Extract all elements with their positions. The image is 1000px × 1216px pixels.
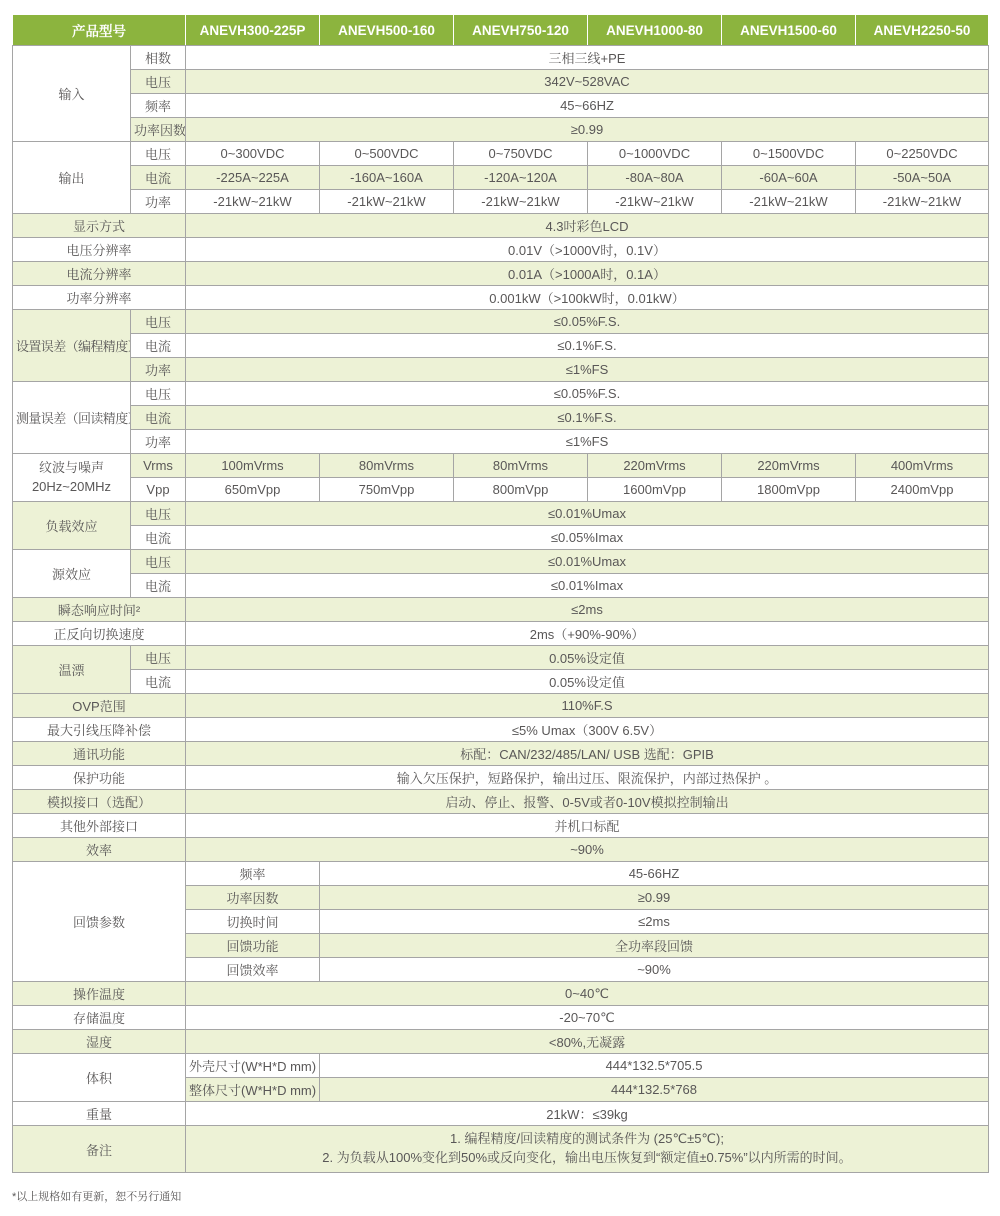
value-output-voltage-4: 0~1500VDC [722,142,856,166]
section-label-output: 输出 [13,142,131,214]
sublabel-input-power-factor: 功率因数 [131,118,186,142]
row-op-temp: 操作温度 0~40℃ [13,982,989,1006]
value-ripple-vpp-3: 1600mVpp [588,478,722,502]
row-output-current: 电流 -225A~225A -160A~160A -120A~120A -80A… [13,166,989,190]
row-input-phases: 输入 相数 三相三线+PE [13,46,989,70]
label-efficiency: 效率 [13,838,186,862]
value-output-power-3: -21kW~21kW [588,190,722,214]
value-weight: 21kW：≤39kg [186,1102,989,1126]
sublabel-ripple-vrms: Vrms [131,454,186,478]
sublabel-input-phases: 相数 [131,46,186,70]
value-display: 4.3吋彩色LCD [186,214,989,238]
row-input-power-factor: 功率因数 ≥0.99 [13,118,989,142]
row-ripple-vpp: Vpp 650mVpp 750mVpp 800mVpp 1600mVpp 180… [13,478,989,502]
product-spec-table: 产品型号 ANEVH300-225P ANEVH500-160 ANEVH750… [12,14,989,1173]
header-model-3: ANEVH1000-80 [588,15,722,46]
section-label-feedback: 回馈参数 [13,862,186,982]
section-label-read-error: 测量误差（回读精度） [13,382,131,454]
value-op-temp: 0~40℃ [186,982,989,1006]
header-row: 产品型号 ANEVH300-225P ANEVH500-160 ANEVH750… [13,15,989,46]
value-output-power-4: -21kW~21kW [722,190,856,214]
row-temp-drift-voltage: 温漂 电压 0.05%设定值 [13,646,989,670]
value-output-power-2: -21kW~21kW [454,190,588,214]
value-input-phases: 三相三线+PE [186,46,989,70]
label-other-interface: 其他外部接口 [13,814,186,838]
row-protection: 保护功能 输入欠压保护，短路保护，输出过压、限流保护，内部过热保护 。 [13,766,989,790]
row-read-error-current: 电流 ≤0.1%F.S. [13,406,989,430]
sublabel-load-effect-current: 电流 [131,526,186,550]
value-input-power-factor: ≥0.99 [186,118,989,142]
label-power-resolution: 功率分辨率 [13,286,186,310]
value-volume-overall: 444*132.5*768 [320,1078,989,1102]
label-protection: 保护功能 [13,766,186,790]
remark-line1: 1. 编程精度/回读精度的测试条件为 (25℃±5℃); [189,1130,985,1149]
sublabel-set-error-power: 功率 [131,358,186,382]
label-weight: 重量 [13,1102,186,1126]
value-current-resolution: 0.01A（>1000A时，0.1A） [186,262,989,286]
value-switch-speed: 2ms（+90%-90%） [186,622,989,646]
sublabel-feedback-switch-time: 切换时间 [186,910,320,934]
label-remark: 备注 [13,1126,186,1173]
value-output-voltage-5: 0~2250VDC [856,142,989,166]
header-model-0: ANEVH300-225P [186,15,320,46]
value-output-power-0: -21kW~21kW [186,190,320,214]
value-feedback-frequency: 45-66HZ [320,862,989,886]
row-temp-drift-current: 电流 0.05%设定值 [13,670,989,694]
value-volume-case: 444*132.5*705.5 [320,1054,989,1078]
value-comm: 标配：CAN/232/485/LAN/ USB 选配：GPIB [186,742,989,766]
row-source-effect-voltage: 源效应 电压 ≤0.01%Umax [13,550,989,574]
row-set-error-current: 电流 ≤0.1%F.S. [13,334,989,358]
value-output-power-5: -21kW~21kW [856,190,989,214]
sublabel-read-error-voltage: 电压 [131,382,186,406]
sublabel-output-voltage: 电压 [131,142,186,166]
row-comm: 通讯功能 标配：CAN/232/485/LAN/ USB 选配：GPIB [13,742,989,766]
row-voltage-resolution: 电压分辨率 0.01V（>1000V时，0.1V） [13,238,989,262]
row-volume-case: 体积 外壳尺寸(W*H*D mm) 444*132.5*705.5 [13,1054,989,1078]
label-comm: 通讯功能 [13,742,186,766]
row-input-voltage: 电压 342V~528VAC [13,70,989,94]
label-lead-drop: 最大引线压降补偿 [13,718,186,742]
label-current-resolution: 电流分辨率 [13,262,186,286]
row-power-resolution: 功率分辨率 0.001kW（>100kW时，0.01kW） [13,286,989,310]
row-ovp: OVP范围 110%F.S [13,694,989,718]
header-model-5: ANEVH2250-50 [856,15,989,46]
value-output-current-3: -80A~80A [588,166,722,190]
value-transient: ≤2ms [186,598,989,622]
section-label-source-effect: 源效应 [13,550,131,598]
row-analog-io: 模拟接口（选配） 启动、停止、报警、0-5V或者0-10V模拟控制输出 [13,790,989,814]
sublabel-feedback-efficiency: 回馈效率 [186,958,320,982]
footnote-text: *以上规格如有更新，恕不另行通知 [12,1188,988,1204]
label-analog-io: 模拟接口（选配） [13,790,186,814]
value-power-resolution: 0.001kW（>100kW时，0.01kW） [186,286,989,310]
sublabel-feedback-frequency: 频率 [186,862,320,886]
value-efficiency: ~90% [186,838,989,862]
row-set-error-voltage: 设置误差（编程精度） 电压 ≤0.05%F.S. [13,310,989,334]
value-output-current-5: -50A~50A [856,166,989,190]
row-switch-speed: 正反向切换速度 2ms（+90%-90%） [13,622,989,646]
value-voltage-resolution: 0.01V（>1000V时，0.1V） [186,238,989,262]
sublabel-source-effect-voltage: 电压 [131,550,186,574]
sublabel-source-effect-current: 电流 [131,574,186,598]
row-set-error-power: 功率 ≤1%FS [13,358,989,382]
sublabel-volume-overall: 整体尺寸(W*H*D mm) [186,1078,320,1102]
value-output-current-1: -160A~160A [320,166,454,190]
label-voltage-resolution: 电压分辨率 [13,238,186,262]
section-label-set-error: 设置误差（编程精度） [13,310,131,382]
value-ovp: 110%F.S [186,694,989,718]
section-label-volume: 体积 [13,1054,186,1102]
sublabel-output-power: 功率 [131,190,186,214]
row-feedback-frequency: 回馈参数 频率 45-66HZ [13,862,989,886]
value-input-frequency: 45~66HZ [186,94,989,118]
section-label-load-effect: 负载效应 [13,502,131,550]
value-ripple-vpp-5: 2400mVpp [856,478,989,502]
sublabel-temp-drift-voltage: 电压 [131,646,186,670]
value-ripple-vrms-4: 220mVrms [722,454,856,478]
row-load-effect-voltage: 负载效应 电压 ≤0.01%Umax [13,502,989,526]
row-humidity: 湿度 <80%,无凝露 [13,1030,989,1054]
row-display: 显示方式 4.3吋彩色LCD [13,214,989,238]
value-output-voltage-1: 0~500VDC [320,142,454,166]
sublabel-feedback-power-factor: 功率因数 [186,886,320,910]
label-humidity: 湿度 [13,1030,186,1054]
label-switch-speed: 正反向切换速度 [13,622,186,646]
value-load-effect-voltage: ≤0.01%Umax [186,502,989,526]
header-product-model-label: 产品型号 [13,15,186,46]
sublabel-output-current: 电流 [131,166,186,190]
sublabel-read-error-current: 电流 [131,406,186,430]
table-header: 产品型号 ANEVH300-225P ANEVH500-160 ANEVH750… [13,15,989,46]
value-humidity: <80%,无凝露 [186,1030,989,1054]
section-label-input: 输入 [13,46,131,142]
row-load-effect-current: 电流 ≤0.05%Imax [13,526,989,550]
value-ripple-vrms-2: 80mVrms [454,454,588,478]
row-lead-drop: 最大引线压降补偿 ≤5% Umax（300V 6.5V） [13,718,989,742]
value-set-error-power: ≤1%FS [186,358,989,382]
value-source-effect-current: ≤0.01%Imax [186,574,989,598]
value-remark: 1. 编程精度/回读精度的测试条件为 (25℃±5℃); 2. 为负载从100%… [186,1126,989,1173]
row-ripple-vrms: 纹波与噪声 20Hz~20MHz Vrms 100mVrms 80mVrms 8… [13,454,989,478]
value-feedback-function: 全功率段回馈 [320,934,989,958]
value-feedback-power-factor: ≥0.99 [320,886,989,910]
value-input-voltage: 342V~528VAC [186,70,989,94]
row-efficiency: 效率 ~90% [13,838,989,862]
header-model-4: ANEVH1500-60 [722,15,856,46]
ripple-label-line2: 20Hz~20MHz [16,478,127,497]
value-temp-drift-voltage: 0.05%设定值 [186,646,989,670]
row-source-effect-current: 电流 ≤0.01%Imax [13,574,989,598]
value-set-error-current: ≤0.1%F.S. [186,334,989,358]
label-ovp: OVP范围 [13,694,186,718]
row-weight: 重量 21kW：≤39kg [13,1102,989,1126]
sublabel-set-error-voltage: 电压 [131,310,186,334]
value-ripple-vpp-1: 750mVpp [320,478,454,502]
sublabel-ripple-vpp: Vpp [131,478,186,502]
value-other-interface: 并机口标配 [186,814,989,838]
value-output-voltage-3: 0~1000VDC [588,142,722,166]
value-output-current-0: -225A~225A [186,166,320,190]
remark-line2: 2. 为负载从100%变化到50%或反向变化，输出电压恢复到“额定值±0.75%… [189,1149,985,1168]
sublabel-feedback-function: 回馈功能 [186,934,320,958]
value-load-effect-current: ≤0.05%Imax [186,526,989,550]
sublabel-read-error-power: 功率 [131,430,186,454]
value-output-voltage-0: 0~300VDC [186,142,320,166]
sublabel-volume-case: 外壳尺寸(W*H*D mm) [186,1054,320,1078]
value-ripple-vrms-3: 220mVrms [588,454,722,478]
value-ripple-vrms-0: 100mVrms [186,454,320,478]
header-model-2: ANEVH750-120 [454,15,588,46]
sublabel-temp-drift-current: 电流 [131,670,186,694]
value-output-current-4: -60A~60A [722,166,856,190]
label-op-temp: 操作温度 [13,982,186,1006]
row-other-interface: 其他外部接口 并机口标配 [13,814,989,838]
value-ripple-vrms-5: 400mVrms [856,454,989,478]
value-read-error-current: ≤0.1%F.S. [186,406,989,430]
section-label-temp-drift: 温漂 [13,646,131,694]
sublabel-input-frequency: 频率 [131,94,186,118]
row-input-frequency: 频率 45~66HZ [13,94,989,118]
label-storage-temp: 存储温度 [13,1006,186,1030]
row-current-resolution: 电流分辨率 0.01A（>1000A时，0.1A） [13,262,989,286]
value-feedback-efficiency: ~90% [320,958,989,982]
value-read-error-power: ≤1%FS [186,430,989,454]
value-source-effect-voltage: ≤0.01%Umax [186,550,989,574]
value-temp-drift-current: 0.05%设定值 [186,670,989,694]
row-storage-temp: 存储温度 -20~70℃ [13,1006,989,1030]
section-label-ripple: 纹波与噪声 20Hz~20MHz [13,454,131,502]
value-output-voltage-2: 0~750VDC [454,142,588,166]
sublabel-input-voltage: 电压 [131,70,186,94]
value-storage-temp: -20~70℃ [186,1006,989,1030]
header-model-1: ANEVH500-160 [320,15,454,46]
value-read-error-voltage: ≤0.05%F.S. [186,382,989,406]
sublabel-set-error-current: 电流 [131,334,186,358]
value-ripple-vrms-1: 80mVrms [320,454,454,478]
value-lead-drop: ≤5% Umax（300V 6.5V） [186,718,989,742]
label-display: 显示方式 [13,214,186,238]
value-analog-io: 启动、停止、报警、0-5V或者0-10V模拟控制输出 [186,790,989,814]
row-output-power: 功率 -21kW~21kW -21kW~21kW -21kW~21kW -21k… [13,190,989,214]
value-set-error-voltage: ≤0.05%F.S. [186,310,989,334]
value-feedback-switch-time: ≤2ms [320,910,989,934]
row-read-error-voltage: 测量误差（回读精度） 电压 ≤0.05%F.S. [13,382,989,406]
sublabel-load-effect-voltage: 电压 [131,502,186,526]
row-read-error-power: 功率 ≤1%FS [13,430,989,454]
value-ripple-vpp-0: 650mVpp [186,478,320,502]
value-output-power-1: -21kW~21kW [320,190,454,214]
value-ripple-vpp-4: 1800mVpp [722,478,856,502]
value-protection: 输入欠压保护，短路保护，输出过压、限流保护，内部过热保护 。 [186,766,989,790]
row-transient: 瞬态响应时间² ≤2ms [13,598,989,622]
row-output-voltage: 输出 电压 0~300VDC 0~500VDC 0~750VDC 0~1000V… [13,142,989,166]
row-remark: 备注 1. 编程精度/回读精度的测试条件为 (25℃±5℃); 2. 为负载从1… [13,1126,989,1173]
ripple-label-line1: 纹波与噪声 [16,459,127,478]
value-ripple-vpp-2: 800mVpp [454,478,588,502]
label-transient: 瞬态响应时间² [13,598,186,622]
value-output-current-2: -120A~120A [454,166,588,190]
